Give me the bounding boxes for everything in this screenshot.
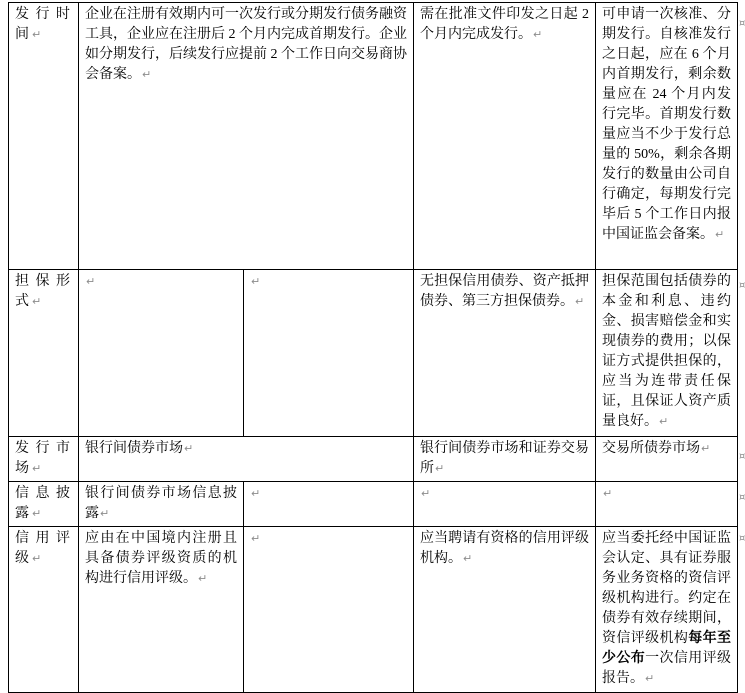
paragraph-mark-icon: ↵ (533, 28, 542, 41)
cell-text: 无担保信用债券、资产抵押债券、第三方担保债券。 (420, 274, 589, 309)
cell-text: 银行间债券市场和证券交易所 (420, 441, 589, 476)
row-header-text: 担保形式 (15, 274, 72, 309)
paragraph-mark-icon: ↵ (435, 462, 444, 475)
disclosure-cell-3[interactable]: ↵ (414, 482, 596, 527)
row-header-issue-time[interactable]: 发行时间↵ (9, 3, 79, 270)
row-header-text: 发行市场 (15, 441, 72, 476)
row-header-text: 信用评级 (15, 531, 72, 566)
end-of-row-mark-icon: ¤ (739, 492, 745, 503)
guarantee-cell-1[interactable]: ↵ (79, 270, 244, 437)
paragraph-mark-icon: ↵ (645, 672, 654, 685)
paragraph-mark-icon: ↵ (251, 275, 260, 288)
paragraph-mark-icon: ↵ (100, 507, 109, 520)
table-row: 发行时间↵ 企业在注册有效期内可一次发行或分期发行债务融资工具，企业应在注册后 … (9, 3, 738, 270)
issue-time-cell-interbank[interactable]: 企业在注册有效期内可一次发行或分期发行债务融资工具，企业应在注册后 2 个月内完… (79, 3, 414, 270)
row-header-info-disclosure[interactable]: 信息披露↵ (9, 482, 79, 527)
paragraph-mark-icon: ↵ (198, 572, 207, 585)
cell-text: 可申请一次核准、分期发行。自核准发行之日起，应在 6 个月内首期发行，剩余数量应… (602, 7, 731, 242)
cell-text: 交易所债券市场 (602, 441, 700, 456)
paragraph-mark-icon: ↵ (715, 228, 724, 241)
paragraph-mark-icon: ↵ (86, 275, 95, 288)
paragraph-mark-icon: ↵ (251, 487, 260, 500)
rating-cell-interbank[interactable]: 应由在中国境内注册且具备债券评级资质的机构进行信用评级。↵ (79, 527, 244, 691)
guarantee-cell-corporate-bond[interactable]: 担保范围包括债券的本金和利息、违约金、损害赔偿金和实现债券的费用；以保证方式提供… (596, 270, 738, 437)
paragraph-mark-icon: ↵ (603, 487, 612, 500)
paragraph-mark-icon: ↵ (421, 487, 430, 500)
table-row: 信用评级↵ 应由在中国境内注册且具备债券评级资质的机构进行信用评级。↵ ↵ 应当… (9, 527, 738, 691)
cell-text: 担保范围包括债券的本金和利息、违约金、损害赔偿金和实现债券的费用；以保证方式提供… (602, 274, 731, 429)
paragraph-mark-icon: ↵ (32, 28, 41, 41)
paragraph-mark-icon: ↵ (251, 532, 260, 545)
paragraph-mark-icon: ↵ (32, 552, 41, 565)
guarantee-cell-2[interactable]: ↵ (244, 270, 414, 437)
paragraph-mark-icon: ↵ (575, 295, 584, 308)
row-header-guarantee-form[interactable]: 担保形式↵ (9, 270, 79, 437)
table-row: 信息披露↵ 银行间债券市场信息披露↵ ↵ ↵ ↵ (9, 482, 738, 527)
cell-text: 银行间债券市场 (85, 441, 183, 456)
paragraph-mark-icon: ↵ (32, 462, 41, 475)
row-header-text: 信息披露 (15, 486, 72, 521)
issue-time-cell-corporate-bond[interactable]: 可申请一次核准、分期发行。自核准发行之日起，应在 6 个月内首期发行，剩余数量应… (596, 3, 738, 270)
cell-text: 应由在中国境内注册且具备债券评级资质的机构进行信用评级。 (85, 531, 237, 586)
cell-text: 需在批准文件印发之日起 2 个月内完成发行。 (420, 7, 589, 42)
rating-cell-enterprise-bond[interactable]: 应当聘请有资格的信用评级机构。↵ (414, 527, 596, 691)
word-document-table-view: 发行时间↵ 企业在注册有效期内可一次发行或分期发行债务融资工具，企业应在注册后 … (8, 2, 745, 690)
end-of-row-mark-icon: ¤ (739, 533, 745, 544)
rating-cell-2[interactable]: ↵ (244, 527, 414, 691)
disclosure-cell-2[interactable]: ↵ (244, 482, 414, 527)
table-row: 发行市场↵ 银行间债券市场↵ 银行间债券市场和证券交易所↵ 交易所债券市场↵ (9, 437, 738, 482)
end-of-row-mark-icon: ¤ (739, 18, 745, 29)
bond-comparison-table: 发行时间↵ 企业在注册有效期内可一次发行或分期发行债务融资工具，企业应在注册后 … (8, 2, 738, 690)
paragraph-mark-icon: ↵ (32, 295, 41, 308)
row-header-text: 发行时间 (15, 7, 72, 42)
disclosure-cell-interbank[interactable]: 银行间债券市场信息披露↵ (79, 482, 244, 527)
paragraph-mark-icon: ↵ (659, 415, 668, 428)
end-of-row-mark-icon: ¤ (739, 280, 745, 291)
cell-text: 应当委托经中国证监会认定、具有证券服务业务资格的资信评级机构进行。约定在债券有效… (602, 531, 731, 646)
guarantee-cell-enterprise-bond[interactable]: 无担保信用债券、资产抵押债券、第三方担保债券。↵ (414, 270, 596, 437)
cell-text: 企业在注册有效期内可一次发行或分期发行债务融资工具，企业应在注册后 2 个月内完… (85, 7, 407, 82)
cell-text: 应当聘请有资格的信用评级机构。 (420, 531, 589, 566)
paragraph-mark-icon: ↵ (463, 552, 472, 565)
table-row: 担保形式↵ ↵ ↵ 无担保信用债券、资产抵押债券、第三方担保债券。↵ 担保范围包… (9, 270, 738, 437)
market-cell-interbank[interactable]: 银行间债券市场↵ (79, 437, 414, 482)
paragraph-mark-icon: ↵ (32, 507, 41, 520)
rating-cell-corporate-bond[interactable]: 应当委托经中国证监会认定、具有证券服务业务资格的资信评级机构进行。约定在债券有效… (596, 527, 738, 691)
paragraph-mark-icon: ↵ (142, 68, 151, 81)
issue-time-cell-enterprise-bond[interactable]: 需在批准文件印发之日起 2 个月内完成发行。↵ (414, 3, 596, 270)
disclosure-cell-4[interactable]: ↵ (596, 482, 738, 527)
end-of-row-mark-icon: ¤ (739, 451, 745, 462)
paragraph-mark-icon: ↵ (184, 442, 193, 455)
paragraph-mark-icon: ↵ (701, 442, 710, 455)
market-cell-enterprise-bond[interactable]: 银行间债券市场和证券交易所↵ (414, 437, 596, 482)
row-header-credit-rating[interactable]: 信用评级↵ (9, 527, 79, 691)
row-header-issue-market[interactable]: 发行市场↵ (9, 437, 79, 482)
market-cell-corporate-bond[interactable]: 交易所债券市场↵ (596, 437, 738, 482)
